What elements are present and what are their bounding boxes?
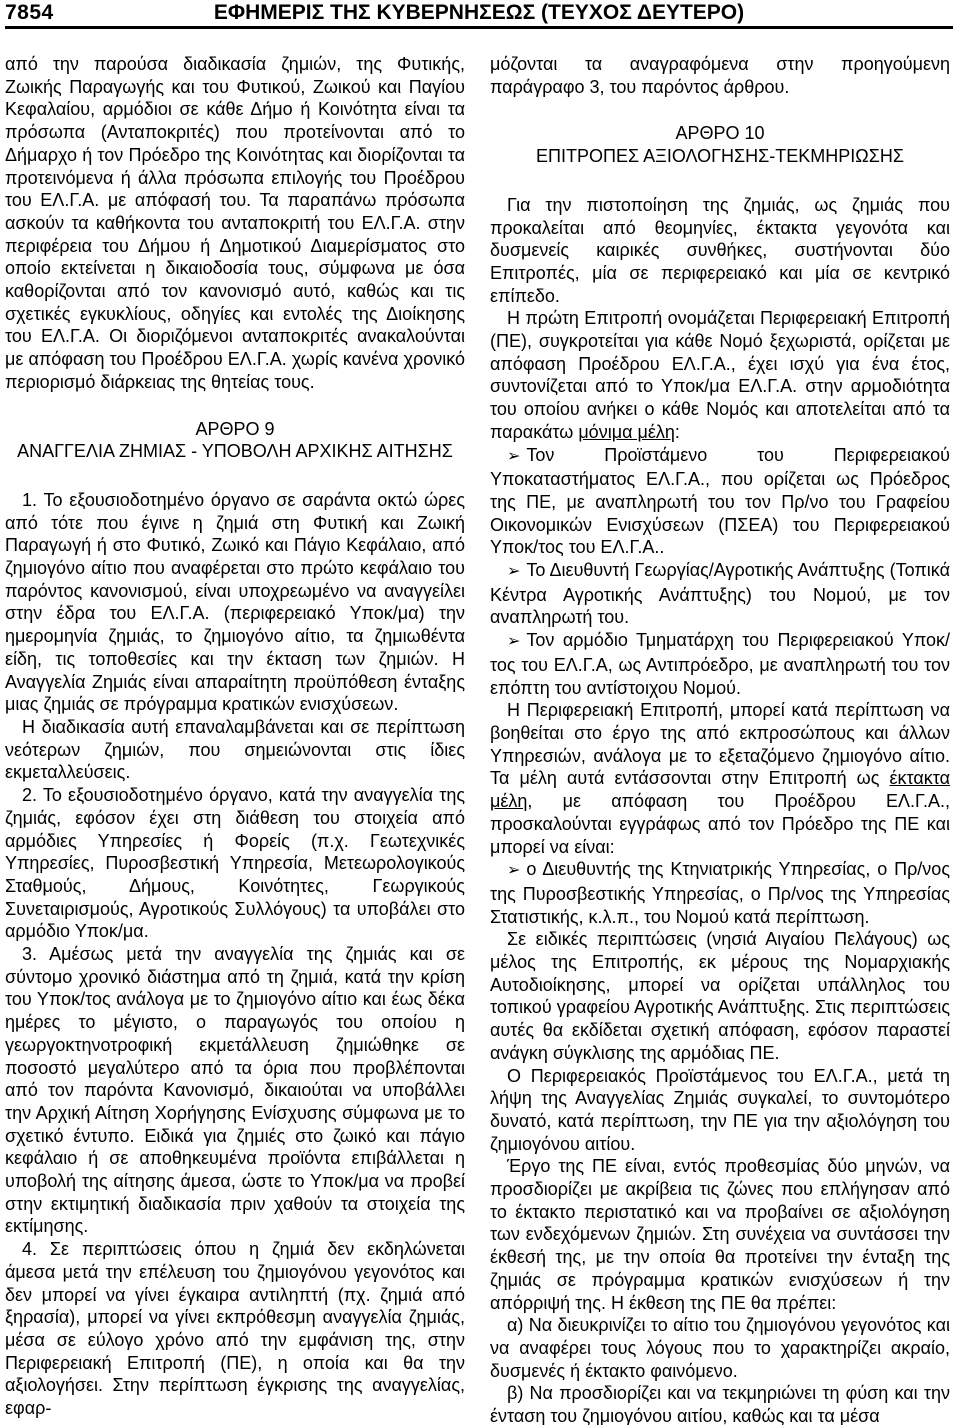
body-paragraph: Για την πιστοποίηση της ζημιάς, ως ζημιά…: [490, 194, 950, 308]
continuation-paragraph: μόζονται τα αναγραφόμενα στην προηγούμεν…: [490, 53, 950, 98]
arrow-bullet-icon: ➢: [507, 633, 520, 650]
member-item-text: Το Διευθυντή Γεωργίας/Αγροτικής Ανάπτυξη…: [490, 560, 950, 627]
paragraph-text: :: [675, 422, 680, 442]
member-item-text: ο Διευθυντής της Κτηνιατρικής Υπηρεσίας,…: [490, 859, 950, 926]
member-item: ➢Τον αρμόδιο Τμηματάρχη του Περιφερειακο…: [490, 629, 950, 699]
gazette-page: 7854 ΕΦΗΜΕΡΙΣ ΤΗΣ ΚΥΒΕΡΝΗΣΕΩΣ (ΤΕΥΧΟΣ ΔΕ…: [0, 0, 960, 1425]
arrow-bullet-icon: ➢: [507, 448, 520, 465]
article-9-heading: ΑΡΘΡΟ 9: [5, 418, 465, 441]
paragraph-text: Η πρώτη Επιτροπή ονομάζεται Περιφερειακή…: [490, 308, 950, 442]
article-10-title: ΕΠΙΤΡΟΠΕΣ ΑΞΙΟΛΟΓΗΣΗΣ-ΤΕΚΜΗΡΙΩΣΗΣ: [490, 145, 950, 168]
article-10-heading-group: ΑΡΘΡΟ 10 ΕΠΙΤΡΟΠΕΣ ΑΞΙΟΛΟΓΗΣΗΣ-ΤΕΚΜΗΡΙΩΣ…: [490, 122, 950, 167]
right-column: μόζονται τα αναγραφόμενα στην προηγούμεν…: [490, 53, 950, 1425]
arrow-bullet-icon: ➢: [507, 862, 520, 879]
page-header: 7854 ΕΦΗΜΕΡΙΣ ΤΗΣ ΚΥΒΕΡΝΗΣΕΩΣ (ΤΕΥΧΟΣ ΔΕ…: [5, 0, 953, 26]
header-rule: [5, 26, 953, 29]
document-body: από την παρούσα διαδικασία ζημιών, της Φ…: [5, 53, 953, 1425]
body-paragraph: β) Να προσδιορίζει και να τεκμηριώνει τη…: [490, 1382, 950, 1425]
committee-composition-paragraph: Η πρώτη Επιτροπή ονομάζεται Περιφερειακή…: [490, 307, 950, 443]
body-paragraph: 2. Το εξουσιοδοτημένο όργανο, κατά την α…: [5, 784, 465, 943]
member-item: ➢Τον Προϊστάμενο του Περιφερειακού Υποκα…: [490, 444, 950, 560]
underlined-phrase: μόνιμα μέλη: [578, 422, 675, 442]
body-paragraph: 1. Το εξουσιοδοτημένο όργανο σε σαράντα …: [5, 489, 465, 716]
article-10-heading: ΑΡΘΡΟ 10: [490, 122, 950, 145]
body-paragraph: 4. Σε περιπτώσεις όπου η ζημιά δεν εκδηλ…: [5, 1238, 465, 1420]
body-paragraph: Ο Περιφερειακός Προϊστάμενος του ΕΛ.Γ.Α.…: [490, 1065, 950, 1156]
body-paragraph: 3. Αμέσως μετά την αναγγελία της ζημιάς …: [5, 943, 465, 1238]
continuation-paragraph: από την παρούσα διαδικασία ζημιών, της Φ…: [5, 53, 465, 394]
member-item-text: Τον αρμόδιο Τμηματάρχη του Περιφερειακού…: [490, 630, 950, 697]
body-paragraph: Έργο της ΠΕ είναι, εντός προθεσμίας δύο …: [490, 1155, 950, 1314]
article-9-heading-group: ΑΡΘΡΟ 9 ΑΝΑΓΓΕΛΙΑ ΖΗΜΙΑΣ - ΥΠΟΒΟΛΗ ΑΡΧΙΚ…: [5, 418, 465, 463]
paragraph-text: , με απόφαση του Προέδρου ΕΛ.Γ.Α., προσκ…: [490, 791, 950, 856]
body-paragraph: Σε ειδικές περιπτώσεις (νησιά Αιγαίου Πε…: [490, 928, 950, 1064]
header-title: ΕΦΗΜΕΡΙΣ ΤΗΣ ΚΥΒΕΡΝΗΣΕΩΣ (ΤΕΥΧΟΣ ΔΕΥΤΕΡΟ…: [5, 1, 953, 25]
article-9-title: ΑΝΑΓΓΕΛΙΑ ΖΗΜΙΑΣ - ΥΠΟΒΟΛΗ ΑΡΧΙΚΗΣ ΑΙΤΗΣ…: [5, 440, 465, 463]
body-paragraph: α) Να διευκρινίζει το αίτιο του ζημιογόν…: [490, 1314, 950, 1382]
member-item-text: Τον Προϊστάμενο του Περιφερειακού Υποκατ…: [490, 445, 950, 558]
member-item: ➢Το Διευθυντή Γεωργίας/Αγροτικής Ανάπτυξ…: [490, 559, 950, 629]
member-item: ➢ο Διευθυντής της Κτηνιατρικής Υπηρεσίας…: [490, 858, 950, 928]
paragraph-text: Η Περιφερειακή Επιτροπή, μπορεί κατά περ…: [490, 700, 950, 788]
extra-members-paragraph: Η Περιφερειακή Επιτροπή, μπορεί κατά περ…: [490, 699, 950, 858]
arrow-bullet-icon: ➢: [507, 563, 520, 580]
left-column: από την παρούσα διαδικασία ζημιών, της Φ…: [5, 53, 465, 1425]
body-paragraph: Η διαδικασία αυτή επαναλαμβάνεται και σε…: [5, 716, 465, 784]
